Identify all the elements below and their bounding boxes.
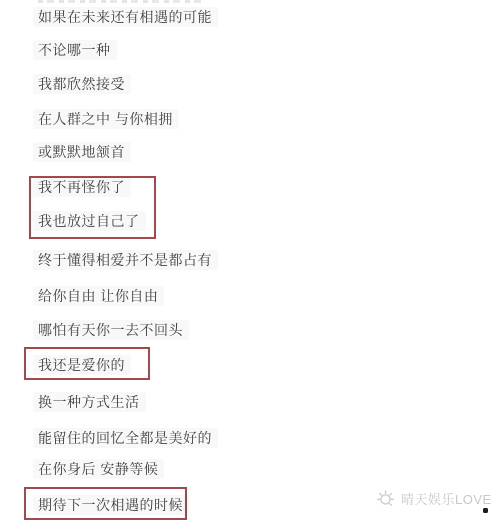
lyric-line-8: 终于懂得相爱并不是都占有 bbox=[33, 250, 218, 270]
lyric-line-7: 我也放过自己了 bbox=[33, 211, 146, 231]
sun-icon bbox=[375, 488, 396, 509]
lyric-line-2: 不论哪一种 bbox=[33, 40, 117, 60]
lyric-line-1: 如果在未来还有相遇的可能 bbox=[33, 7, 218, 27]
period-dot bbox=[483, 508, 488, 513]
lyric-line-14: 在你身后 安静等候 bbox=[33, 459, 164, 479]
lyric-line-11: 我还是爱你的 bbox=[33, 355, 131, 375]
lyric-line-10: 哪怕有天你一去不回头 bbox=[33, 320, 189, 340]
lyric-line-6: 我不再怪你了 bbox=[33, 177, 131, 197]
cropped-previous-line-artifact bbox=[38, 0, 201, 3]
lyric-line-4: 在人群之中 与你相拥 bbox=[33, 109, 179, 129]
watermark: 晴天娱乐LOVE bbox=[375, 488, 492, 509]
lyric-line-9: 给你自由 让你自由 bbox=[33, 286, 164, 306]
lyric-line-5: 或默默地颔首 bbox=[33, 142, 131, 162]
lyric-line-15: 期待下一次相遇的时候 bbox=[33, 495, 189, 515]
lyric-line-3: 我都欣然接受 bbox=[33, 74, 131, 94]
lyrics-image: 如果在未来还有相遇的可能 不论哪一种 我都欣然接受 在人群之中 与你相拥 或默默… bbox=[0, 0, 499, 522]
watermark-label: 晴天娱乐LOVE bbox=[401, 489, 492, 508]
lyric-line-12: 换一种方式生活 bbox=[33, 392, 146, 412]
lyric-line-13: 能留住的回忆全都是美好的 bbox=[33, 428, 218, 448]
